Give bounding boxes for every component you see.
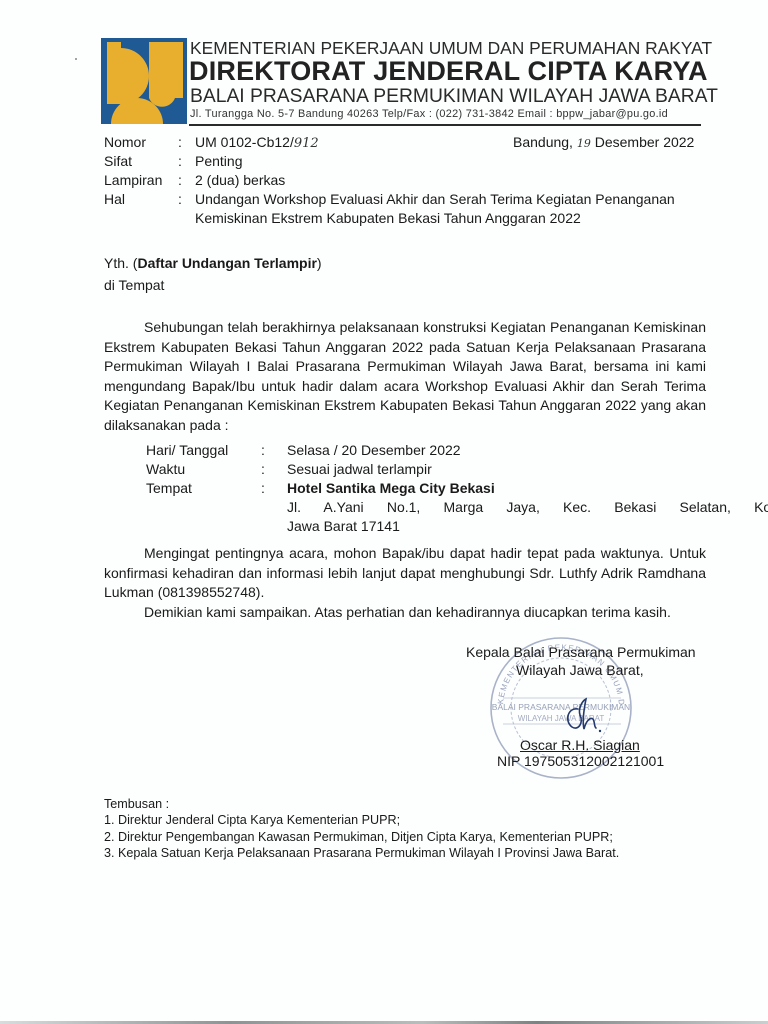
event-date-colon: : <box>261 441 265 460</box>
hal-colon: : <box>178 190 182 209</box>
nomor-label: Nomor <box>104 133 174 152</box>
nomor-colon: : <box>178 133 182 152</box>
sifat-colon: : <box>178 152 182 171</box>
recipient-line: Yth. (Daftar Undangan Terlampir) <box>104 254 322 273</box>
sifat-value: Penting <box>195 152 242 171</box>
cc-item: 3. Kepala Satuan Kerja Pelaksanaan Prasa… <box>104 845 619 861</box>
letterhead-office: BALAI PRASARANA PERMUKIMAN WILAYAH JAWA … <box>190 86 718 108</box>
signatory-title-1: Kepala Balai Prasarana Permukiman <box>466 643 696 662</box>
letterhead-divider <box>189 124 701 126</box>
body-paragraph-2: Mengingat pentingnya acara, mohon Bapak/… <box>104 544 706 603</box>
signatory-nip: NIP 197505312002121001 <box>497 752 664 771</box>
recipient-name: Daftar Undangan Terlampir <box>137 255 316 271</box>
pupr-logo <box>101 38 187 124</box>
paragraph-line: Kegiatan Penanganan Kemiskinan Ekstrem K… <box>104 396 706 416</box>
paragraph-line: dilaksanakan pada : <box>104 416 706 436</box>
event-time-label: Waktu <box>146 460 185 479</box>
recipient-prefix: Yth. ( <box>104 255 137 271</box>
carbon-copy-list: Tembusan : 1. Direktur Jenderal Cipta Ka… <box>104 796 619 861</box>
paragraph-line: Lukman (081398552748). <box>104 583 706 603</box>
hal-value-line2: Kemiskinan Ekstrem Kabupaten Bekasi Tahu… <box>195 209 581 228</box>
cc-item: 2. Direktur Pengembangan Kawasan Permuki… <box>104 829 619 845</box>
event-date-label: Hari/ Tanggal <box>146 441 228 460</box>
hal-value-line1: Undangan Workshop Evaluasi Akhir dan Ser… <box>195 190 675 209</box>
paragraph-line: Ekstrem Kabupaten Bekasi Tahun Anggaran … <box>104 338 706 358</box>
paragraph-line: mengundang Bapak/Ibu untuk hadir dalam a… <box>104 377 706 397</box>
hal-label: Hal <box>104 190 174 209</box>
scan-speck <box>75 58 77 60</box>
event-place-colon: : <box>261 479 265 498</box>
paragraph-text: Mengingat pentingnya acara, mohon Bapak/… <box>144 545 706 561</box>
recipient-suffix: ) <box>317 255 322 271</box>
date-day-handwritten: 19 <box>577 137 591 150</box>
nomor-handwritten: 912 <box>294 136 319 151</box>
event-address-line1: Jl. A.Yani No.1, Marga Jaya, Kec. Bekasi… <box>287 498 768 517</box>
body-paragraph-1: Sehubungan telah berakhirnya pelaksanaan… <box>104 318 706 436</box>
paragraph-line: Sehubungan telah berakhirnya pelaksanaan… <box>104 318 706 338</box>
event-date-value: Selasa / 20 Desember 2022 <box>287 441 461 460</box>
signatory-title-2: Wilayah Jawa Barat, <box>516 661 644 680</box>
paragraph-line: konfirmasi kehadiran dan informasi lebih… <box>104 564 706 584</box>
event-place-label: Tempat <box>146 479 192 498</box>
date-place: Bandung, <box>513 134 577 150</box>
cc-item: 1. Direktur Jenderal Cipta Karya Kemente… <box>104 812 619 828</box>
nomor-prefix: UM 0102-Cb12/ <box>195 134 294 150</box>
lampiran-label: Lampiran <box>104 171 174 190</box>
sifat-label: Sifat <box>104 152 174 171</box>
letterhead-directorate: DIREKTORAT JENDERAL CIPTA KARYA <box>189 56 708 87</box>
letterhead-address: Jl. Turangga No. 5-7 Bandung 40263 Telp/… <box>190 108 668 120</box>
event-time-colon: : <box>261 460 265 479</box>
date-rest: Desember 2022 <box>591 134 695 150</box>
closing-sentence: Demikian kami sampaikan. Atas perhatian … <box>144 603 671 622</box>
event-place-name: Hotel Santika Mega City Bekasi <box>287 479 495 498</box>
handwritten-signature <box>560 695 610 735</box>
logo-shape-left <box>107 42 149 104</box>
event-time-value: Sesuai jadwal terlampir <box>287 460 432 479</box>
paragraph-text: Sehubungan telah berakhirnya pelaksanaan… <box>144 319 706 335</box>
event-address-line2: Jawa Barat 17141 <box>287 517 768 536</box>
paragraph-line: Permukiman Wilayah I Balai Prasarana Per… <box>104 357 706 377</box>
lampiran-colon: : <box>178 171 182 190</box>
recipient-location: di Tempat <box>104 276 164 295</box>
paragraph-line: Mengingat pentingnya acara, mohon Bapak/… <box>104 544 706 564</box>
nomor-value: UM 0102-Cb12/912 <box>195 133 319 153</box>
cc-heading: Tembusan : <box>104 796 619 812</box>
letter-date: Bandung, 19 Desember 2022 <box>513 133 694 153</box>
lampiran-value: 2 (dua) berkas <box>195 171 285 190</box>
logo-shape-right <box>149 42 183 107</box>
